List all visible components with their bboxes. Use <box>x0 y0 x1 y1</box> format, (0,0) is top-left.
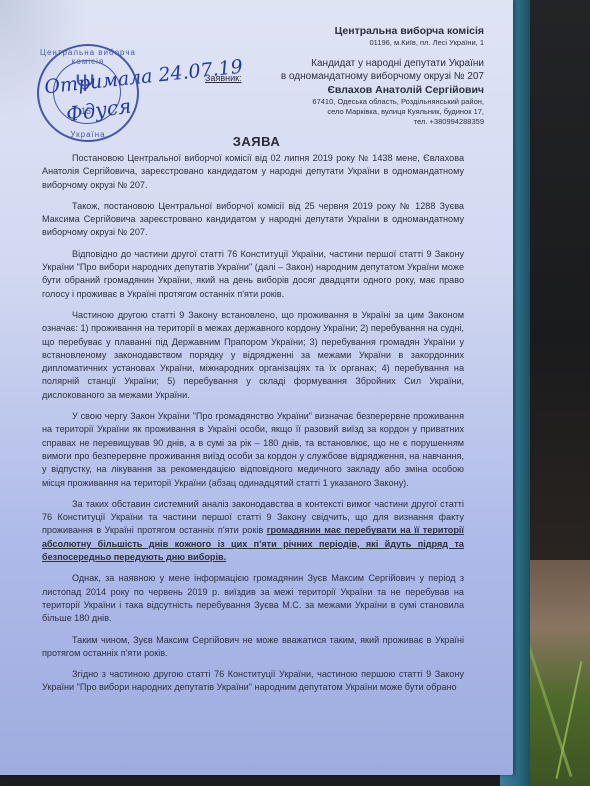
paragraph-2: Також, постановою Центральної виборчої к… <box>42 200 464 240</box>
sender-address-line1: 67410, Одеська область, Роздільнянський … <box>184 97 484 107</box>
paragraph-text: Згідно з частиною другою статті 76 Конст… <box>42 669 464 692</box>
paragraph-8: Таким чином, Зуєв Максим Сергійович не м… <box>42 634 464 661</box>
paragraph-7: Однак, за наявною у мене інформацією гро… <box>42 572 464 625</box>
paragraph-5: У свою чергу Закон України "Про громадян… <box>42 410 464 490</box>
sender-address-line2: село Марківка, вулиця Куяльник, будинок … <box>184 107 484 117</box>
paragraph-text: Однак, за наявною у мене інформацією гро… <box>42 573 464 623</box>
paragraph-text: У свою чергу Закон України "Про громадян… <box>42 411 464 487</box>
sender-name: Євлахов Анатолій Сергійович <box>184 83 484 97</box>
recipient-address: 01196, м.Київ, пл. Лесі України, 1 <box>184 38 484 48</box>
document-body: Постановою Центральної виборчої комісії … <box>42 152 464 703</box>
sender-role-line1: Кандидат у народні депутати України <box>184 58 484 71</box>
document-page: Центральна виборча комісія Ψ 15 Україна … <box>0 0 513 775</box>
paragraph-4: Частиною другою статті 9 Закону встановл… <box>42 309 464 402</box>
paragraph-text: Постановою Центральної виборчої комісії … <box>42 153 464 190</box>
document-title: ЗАЯВА <box>0 134 513 149</box>
paragraph-text: Частиною другою статті 9 Закону встановл… <box>42 310 464 400</box>
stamp-ring-text: Центральна виборча комісія <box>39 48 137 66</box>
paragraph-text: Таким чином, Зуєв Максим Сергійович не м… <box>42 635 464 658</box>
background-dark <box>520 0 590 560</box>
recipient-name: Центральна виборча комісія <box>184 24 484 38</box>
paragraph-6: За таких обставин системний аналіз закон… <box>42 498 464 564</box>
address-header: Центральна виборча комісія 01196, м.Київ… <box>184 24 484 127</box>
paragraph-text: Також, постановою Центральної виборчої к… <box>42 201 464 238</box>
paragraph-text: Відповідно до частини другої статті 76 К… <box>42 249 464 299</box>
paragraph-3: Відповідно до частини другої статті 76 К… <box>42 248 464 301</box>
sender-phone: тел. +380994288359 <box>184 117 484 127</box>
paragraph-1: Постановою Центральної виборчої комісії … <box>42 152 464 192</box>
paragraph-9: Згідно з частиною другою статті 76 Конст… <box>42 668 464 695</box>
sender-role-line2: в одномандатному виборчому окрузі № 207 <box>184 71 484 84</box>
